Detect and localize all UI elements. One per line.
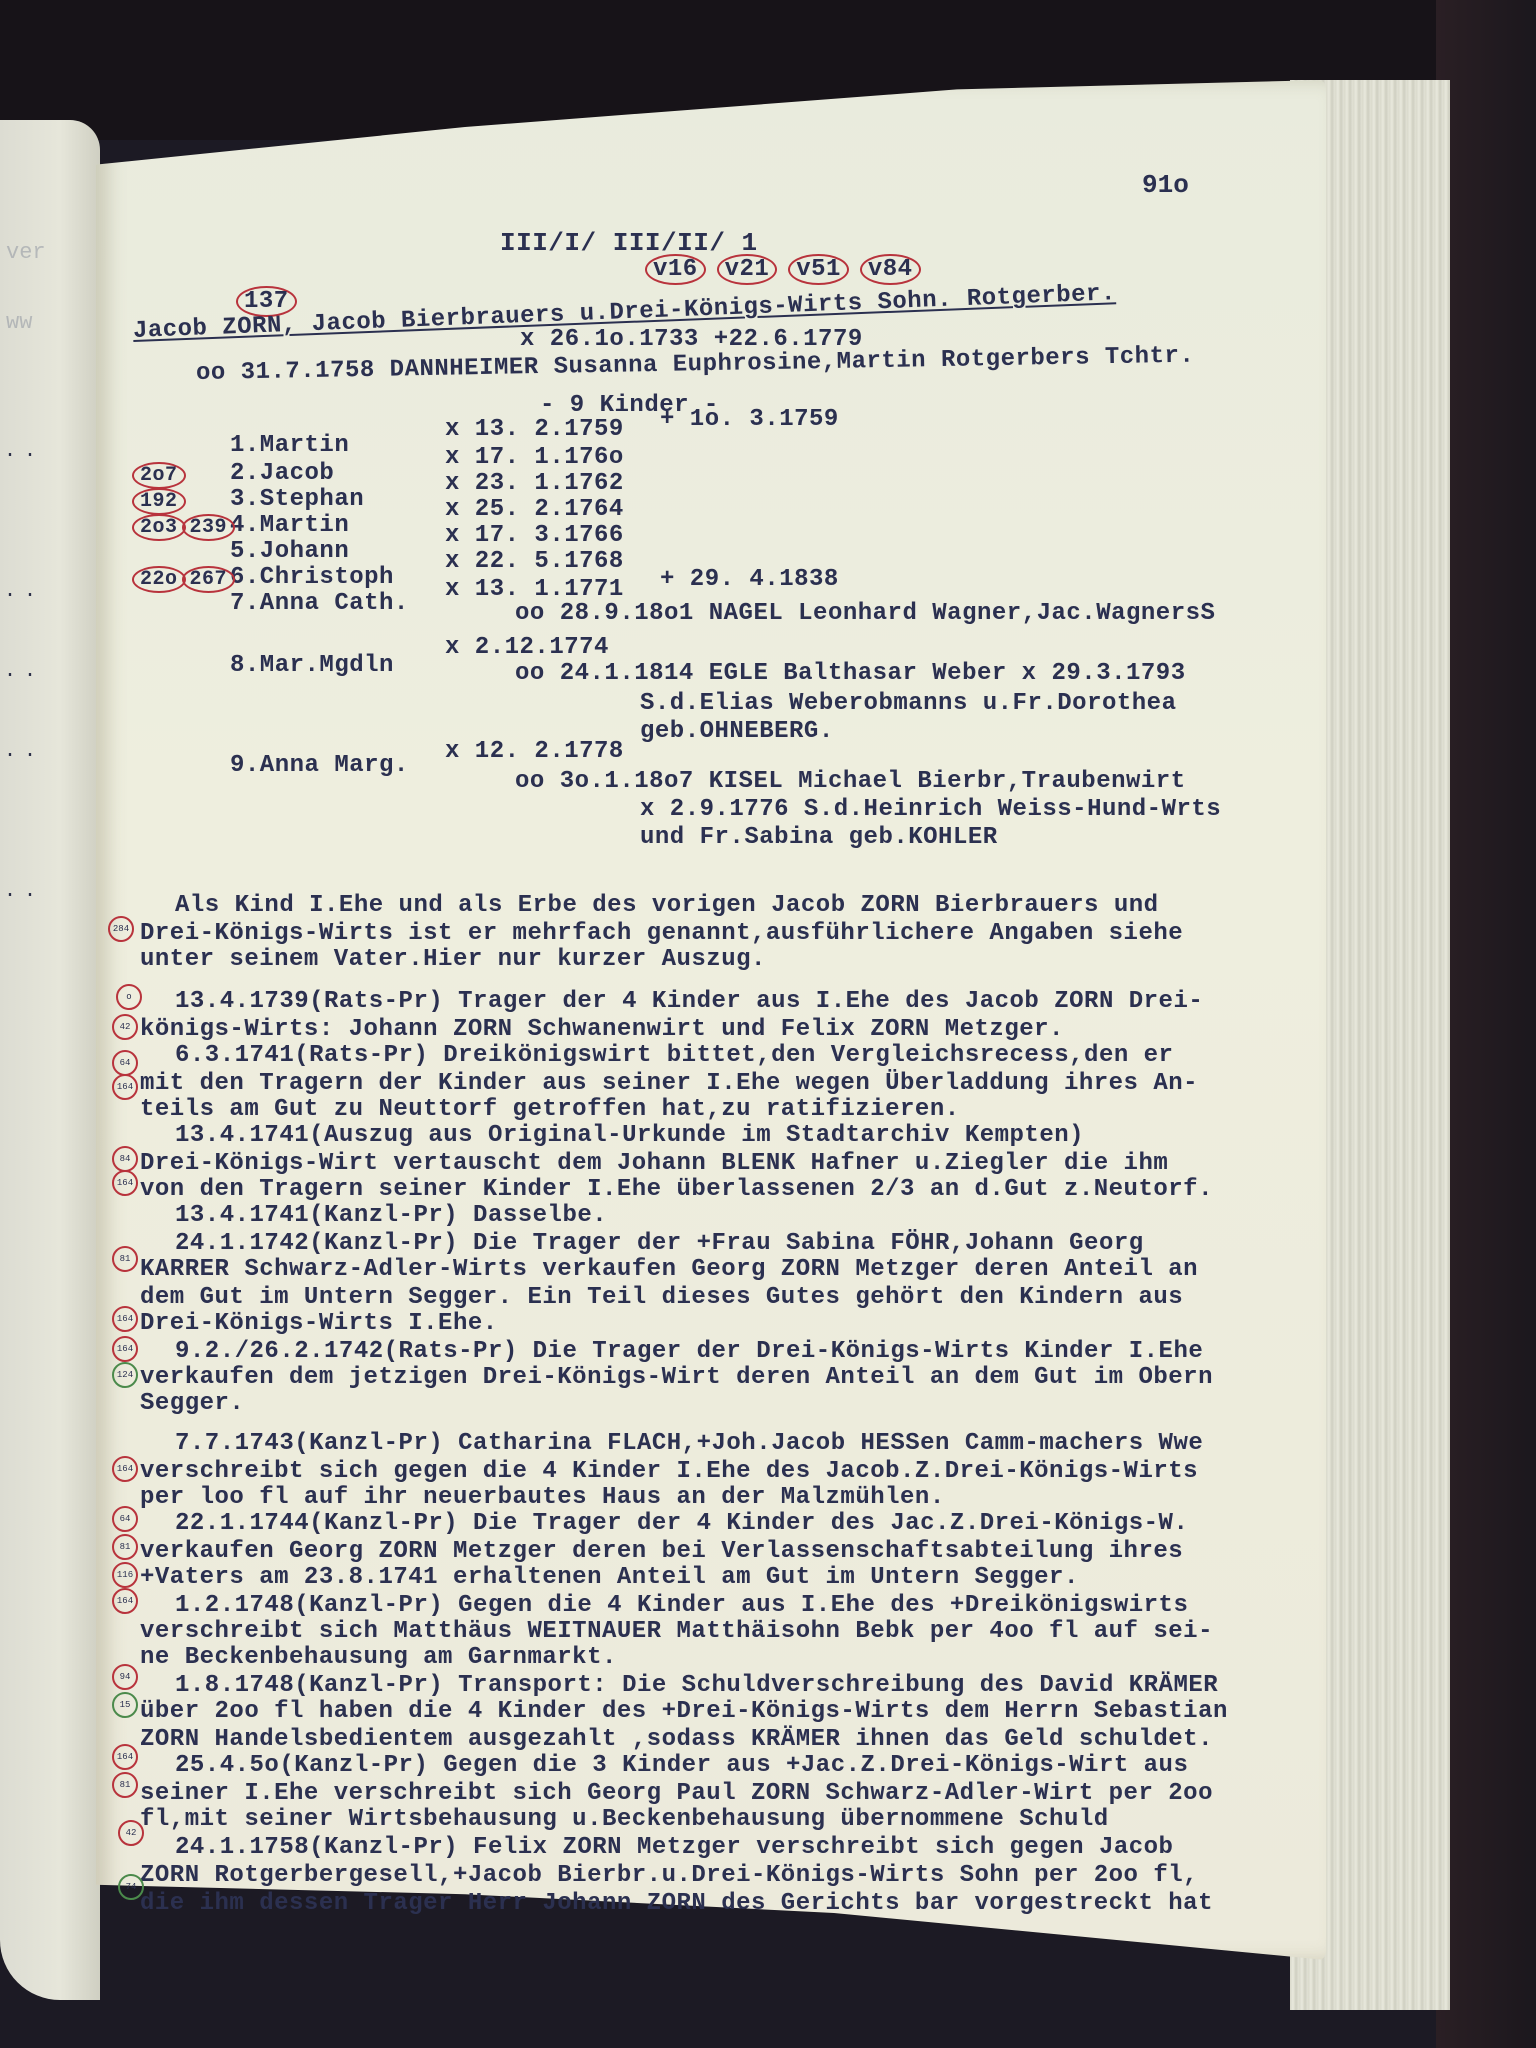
child-name: 2.Jacob [230,460,334,487]
body-line: 24.1.1742(Kanzl-Pr) Die Trager der +Frau… [175,1230,1144,1257]
margin-mark: o [116,984,142,1010]
body-line: 1.2.1748(Kanzl-Pr) Gegen die 4 Kinder au… [175,1592,1188,1619]
margin-mark: 164 [112,1588,138,1614]
body-line: von den Tragern seiner Kinder I.Ehe über… [140,1176,1213,1203]
child-name: 5.Johann [230,538,349,565]
child-ref: 192 [132,488,182,515]
body-line: 13.4.1739(Rats-Pr) Trager der 4 Kinder a… [175,988,1203,1015]
child-marriage-detail: S.d.Elias Weberobmanns u.Fr.Dorothea [640,690,1176,717]
body-line: 1.8.1748(Kanzl-Pr) Transport: Die Schuld… [175,1672,1218,1699]
margin-mark: 164 [112,1456,138,1482]
margin-mark: 284 [108,916,134,942]
child-marriage-detail: geb.OHNEBERG. [640,718,834,745]
margin-mark: 94 [112,1664,138,1690]
circled-ref: v21 [717,254,778,285]
body-line: 24.1.1758(Kanzl-Pr) Felix ZORN Metzger v… [175,1834,1173,1861]
child-marriage: oo 28.9.18o1 NAGEL Leonhard Wagner,Jac.W… [515,600,1215,627]
body-line: teils am Gut zu Neuttorf getroffen hat,z… [140,1096,960,1123]
body-line: ne Beckenbehausung am Garnmarkt. [140,1644,617,1671]
body-line: Drei-Königs-Wirts ist er mehrfach genann… [140,920,1183,947]
child-born: x 2.12.1774 [445,634,609,661]
margin-mark: 42 [112,1014,138,1040]
margin-mark: 64 [112,1506,138,1532]
child-marriage: oo 24.1.1814 EGLE Balthasar Weber x 29.3… [515,660,1186,687]
child-born: x 17. 3.1766 [445,522,624,549]
body-line: 7.7.1743(Kanzl-Pr) Catharina FLACH,+Joh.… [175,1430,1203,1457]
child-name: 9.Anna Marg. [230,752,409,779]
body-line: ZORN Rotgerbergesell,+Jacob Bierbr.u.Dre… [140,1862,1198,1889]
margin-mark: 42 [118,1820,144,1846]
child-marriage-detail: und Fr.Sabina geb.KOHLER [640,824,998,851]
body-line: die ihm dessen Trager Herr Johann ZORN d… [140,1890,1213,1917]
body-line: königs-Wirts: Johann ZORN Schwanenwirt u… [140,1016,1064,1043]
child-name: 8.Mar.Mgdln [230,652,394,679]
body-line: verschreibt sich gegen die 4 Kinder I.Eh… [140,1458,1198,1485]
child-died: + 1o. 3.1759 [660,406,839,433]
child-name: 7.Anna Cath. [230,590,409,617]
margin-mark: 81 [112,1772,138,1798]
margin-mark: 81 [112,1246,138,1272]
child-ref: 22o267 [132,566,231,593]
body-line: verschreibt sich Matthäus WEITNAUER Matt… [140,1618,1213,1645]
margin-mark: 164 [112,1744,138,1770]
circled-ref: v51 [788,254,849,285]
body-line: verkaufen Georg ZORN Metzger deren bei V… [140,1538,1183,1565]
child-marriage: oo 3o.1.18o7 KISEL Michael Bierbr,Traube… [515,768,1186,795]
page-content: 91o III/I/ III/II/ 1 v16 v21 v51 v84 137… [0,0,1536,2048]
body-line: per loo fl auf ihr neuerbautes Haus an d… [140,1484,945,1511]
child-born: x 22. 5.1768 [445,548,624,575]
child-born: x 17. 1.176o [445,444,624,471]
body-line: unter seinem Vater.Hier nur kurzer Auszu… [140,946,766,973]
body-line: +Vaters am 23.8.1741 erhaltenen Anteil a… [140,1564,1079,1591]
body-line: 13.4.1741(Kanzl-Pr) Dasselbe. [175,1202,607,1229]
circled-ref: v84 [860,254,921,285]
child-name: 1.Martin [230,432,349,459]
body-line: KARRER Schwarz-Adler-Wirts verkaufen Geo… [140,1256,1198,1283]
body-line: verkaufen dem jetzigen Drei-Königs-Wirt … [140,1364,1213,1391]
body-line: dem Gut im Untern Segger. Ein Teil diese… [140,1284,1183,1311]
body-line: Drei-Königs-Wirt vertauscht dem Johann B… [140,1150,1168,1177]
body-line: über 2oo fl haben die 4 Kinder des +Drei… [140,1698,1228,1725]
body-line: 6.3.1741(Rats-Pr) Dreikönigswirt bittet,… [175,1042,1173,1069]
body-line: ZORN Handelsbedientem ausgezahlt ,sodass… [140,1726,1213,1753]
body-line: Segger. [140,1390,244,1417]
body-line: 9.2./26.2.1742(Rats-Pr) Die Trager der D… [175,1338,1203,1365]
child-born: x 23. 1.1762 [445,470,624,497]
body-line: 13.4.1741(Auszug aus Original-Urkunde im… [175,1122,1084,1149]
margin-mark: 164 [112,1170,138,1196]
body-line: Drei-Königs-Wirts I.Ehe. [140,1310,498,1337]
circled-refs-top: v16 v21 v51 v84 [645,254,917,285]
circled-ref: v16 [645,254,706,285]
margin-mark: 74 [118,1874,144,1900]
page-number: 91o [1142,170,1189,200]
margin-mark: 116 [112,1562,138,1588]
child-marriage-detail: x 2.9.1776 S.d.Heinrich Weiss-Hund-Wrts [640,796,1221,823]
child-name: 3.Stephan [230,486,364,513]
body-line: Als Kind I.Ehe und als Erbe des vorigen … [175,892,1159,919]
margin-mark: 64 [112,1050,138,1076]
margin-mark: 124 [112,1362,138,1388]
child-name: 4.Martin [230,512,349,539]
child-born: x 25. 2.1764 [445,496,624,523]
child-born: x 12. 2.1778 [445,738,624,765]
child-name: 6.Christoph [230,564,394,591]
child-born: x 13. 1.1771 [445,576,624,603]
body-line: 25.4.5o(Kanzl-Pr) Gegen die 3 Kinder aus… [175,1752,1188,1779]
margin-mark: 84 [112,1146,138,1172]
margin-mark: 81 [112,1534,138,1560]
body-line: mit den Tragern der Kinder aus seiner I.… [140,1070,1198,1097]
margin-mark: 164 [112,1336,138,1362]
body-line: 22.1.1744(Kanzl-Pr) Die Trager der 4 Kin… [175,1510,1188,1537]
body-line: fl,mit seiner Wirtsbehausung u.Beckenbeh… [140,1806,1109,1833]
child-died: + 29. 4.1838 [660,566,839,593]
child-ref: 2o7 [132,462,182,489]
child-ref: 2o3239 [132,514,231,541]
body-line: seiner I.Ehe verschreibt sich Georg Paul… [140,1780,1213,1807]
margin-mark: 164 [112,1306,138,1332]
margin-mark: 15 [112,1692,138,1718]
child-born: x 13. 2.1759 [445,416,624,443]
margin-mark: 164 [112,1074,138,1100]
